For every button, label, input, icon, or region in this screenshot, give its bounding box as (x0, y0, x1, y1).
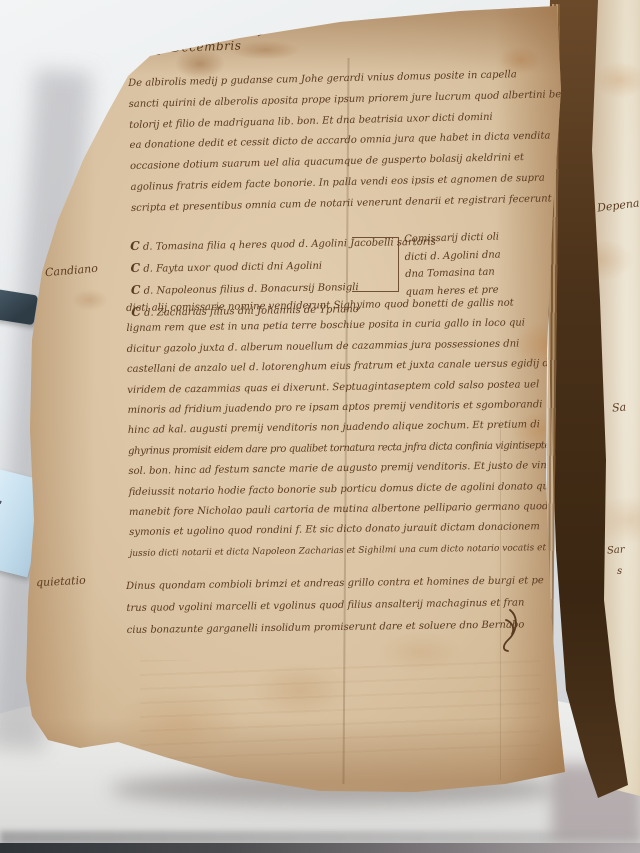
ink-show-through (140, 660, 540, 760)
manuscript-photo: Depena Sa Sar s iij. Decembris De albiro… (0, 0, 640, 853)
facing-page-margin-word: s (617, 566, 622, 577)
margin-note-quietatio: quietatio (36, 574, 86, 590)
entry-paragraph-3: Dinus quondam combioli brimzi et andreas… (126, 570, 551, 642)
commissary-note: Comissarij dicti olidicti d. Agolini dna… (404, 227, 546, 301)
entry-paragraph-2: dicti alij comissarie nomine vendiderunt… (126, 293, 554, 564)
slate-clip-object (0, 289, 38, 326)
facing-page-margin-word: Sar (607, 544, 625, 556)
notary-flourish-icon (496, 608, 524, 654)
facing-page-margin-word: Depena (596, 196, 640, 214)
table-front-edge (0, 843, 640, 853)
entry-paragraph-1: De albirolis medij p gudanse cum Johe ge… (128, 64, 553, 219)
facing-page-margin-word: Sa (611, 400, 626, 414)
margin-note-candiano: Candiano (45, 262, 99, 280)
grouping-bracket (352, 237, 399, 292)
manuscript-line: cius bonazunte garganelli insolidum prom… (127, 614, 551, 642)
